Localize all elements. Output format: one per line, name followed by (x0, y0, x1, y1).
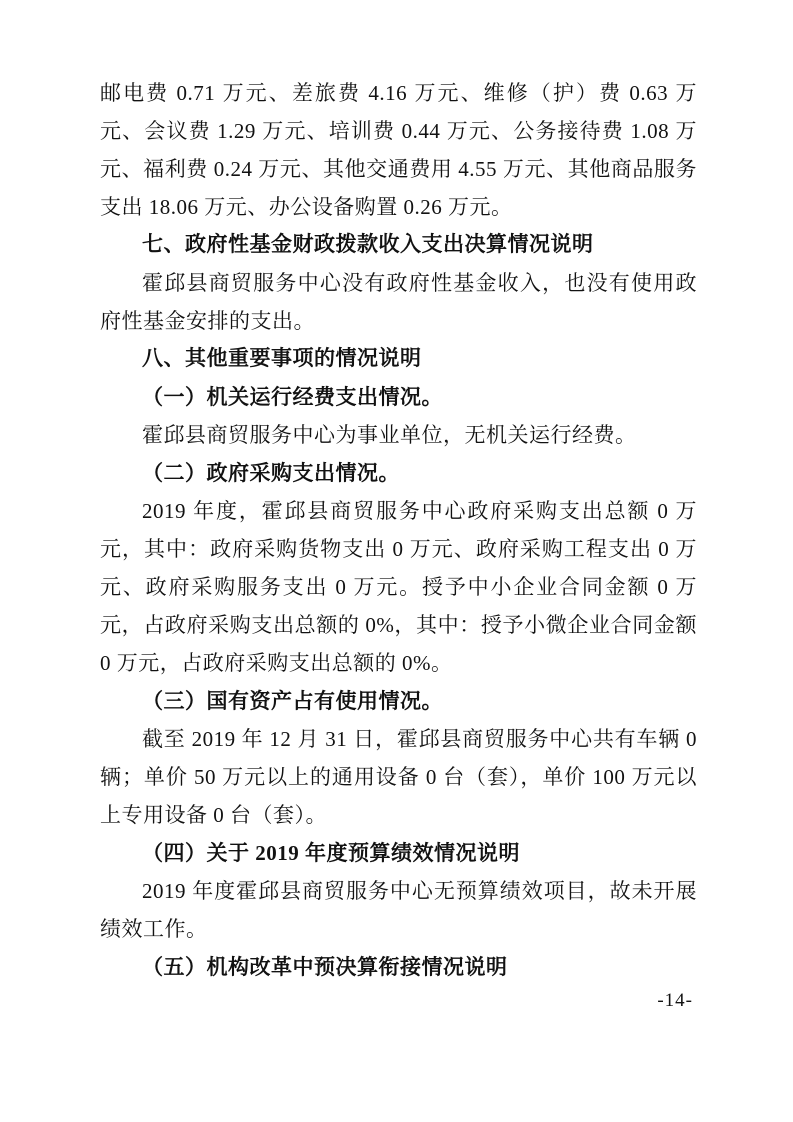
paragraph-operating-expense: 霍邱县商贸服务中心为事业单位，无机关运行经费。 (100, 416, 697, 454)
section-heading-7: 七、政府性基金财政拨款收入支出决算情况说明 (100, 226, 697, 264)
subsection-heading-5: （五）机构改革中预决算衔接情况说明 (100, 948, 697, 986)
document-content: 邮电费 0.71 万元、差旅费 4.16 万元、维修（护）费 0.63 万元、会… (100, 74, 697, 986)
paragraph-expense-breakdown: 邮电费 0.71 万元、差旅费 4.16 万元、维修（护）费 0.63 万元、会… (100, 74, 697, 226)
paragraph-budget-performance: 2019 年度霍邱县商贸服务中心无预算绩效项目，故未开展绩效工作。 (100, 872, 697, 948)
document-page: 邮电费 0.71 万元、差旅费 4.16 万元、维修（护）费 0.63 万元、会… (0, 0, 793, 1122)
subsection-heading-2: （二）政府采购支出情况。 (100, 454, 697, 492)
paragraph-government-fund: 霍邱县商贸服务中心没有政府性基金收入，也没有使用政府性基金安排的支出。 (100, 264, 697, 340)
subsection-heading-3: （三）国有资产占有使用情况。 (100, 682, 697, 720)
subsection-heading-4: （四）关于 2019 年度预算绩效情况说明 (100, 834, 697, 872)
page-number: -14- (657, 990, 693, 1012)
subsection-heading-1: （一）机关运行经费支出情况。 (100, 378, 697, 416)
paragraph-procurement: 2019 年度，霍邱县商贸服务中心政府采购支出总额 0 万元，其中：政府采购货物… (100, 492, 697, 682)
paragraph-state-assets: 截至 2019 年 12 月 31 日，霍邱县商贸服务中心共有车辆 0 辆；单价… (100, 720, 697, 834)
section-heading-8: 八、其他重要事项的情况说明 (100, 340, 697, 378)
